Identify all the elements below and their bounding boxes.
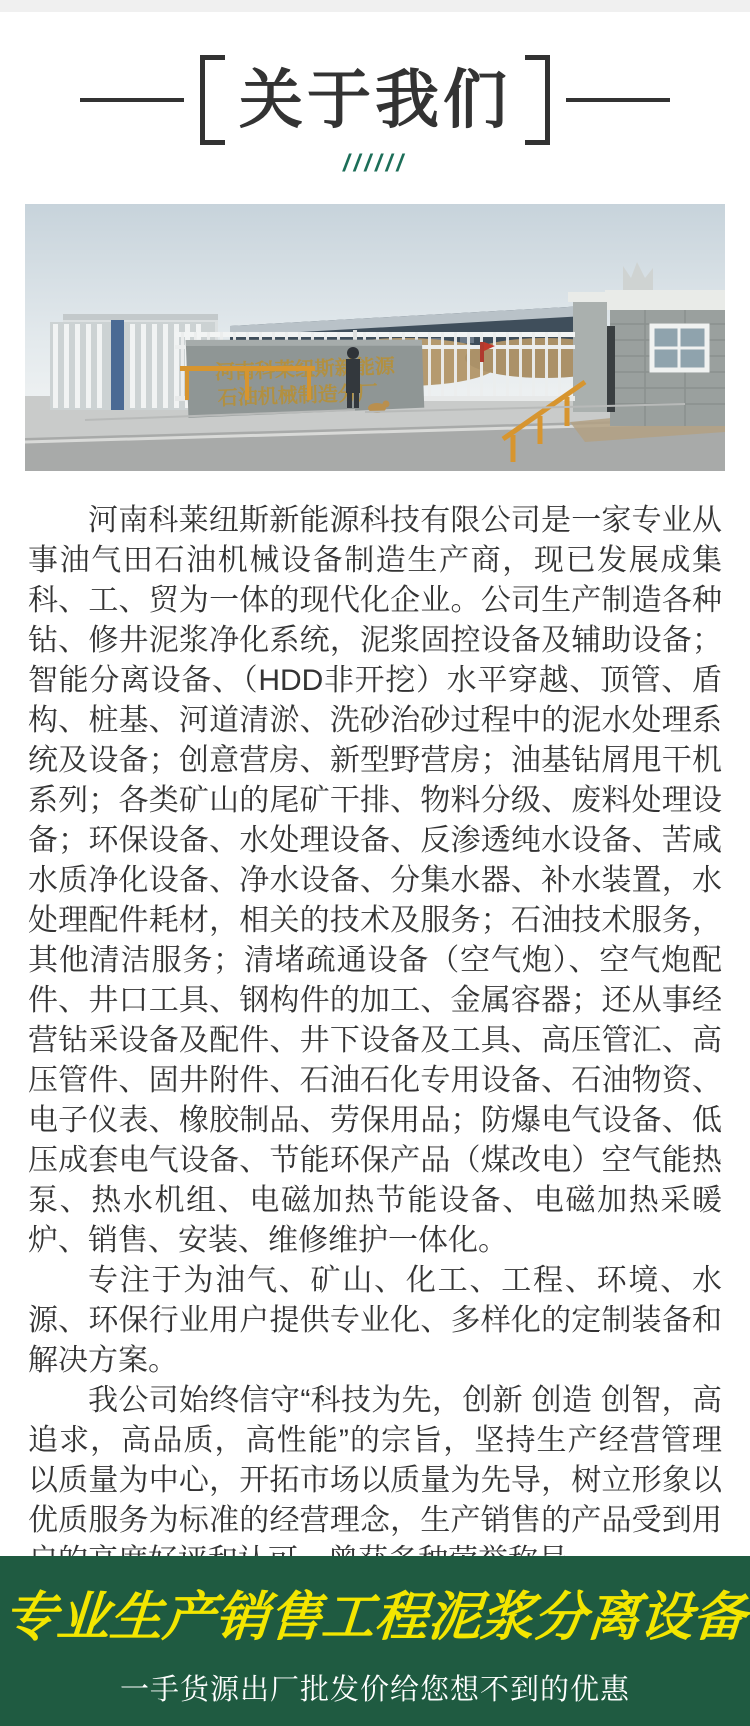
title-right-dash [566,98,670,102]
red-flag-pole [480,342,484,362]
top-divider-bar [0,0,750,12]
section-title-row: 关于我们 [0,54,750,146]
promo-headline: 专业生产销售工程泥浆分离设备 [1,1575,748,1651]
page-title: 关于我们 [239,54,511,146]
title-left-bracket [200,55,225,145]
about-paragraph-1: 河南科莱纽斯新能源科技有限公司是一家专业从事油气田石油机械设备制造生产商，现已发… [28,501,722,1261]
blue-fence-post [111,320,124,410]
promo-subline: 一手货源出厂批发价给您想不到的优惠 [120,1667,630,1708]
factory-scene-illustration: 河南科莱纽斯新能源 石油机械制造分厂 [25,204,725,471]
factory-gate-photo: 河南科莱纽斯新能源 石油机械制造分厂 [25,204,725,471]
background-building-roof [63,314,218,320]
gate-pillar-cap [568,292,612,302]
promo-banner: 专业生产销售工程泥浆分离设备 一手货源出厂批发价给您想不到的优惠 [0,1556,750,1726]
about-paragraph-2: 专注于为油气、矿山、化工、工程、环境、水源、环保行业用户提供专业化、多样化的定制… [28,1261,722,1381]
about-text-block: 河南科莱纽斯新能源科技有限公司是一家专业从事油气田石油机械设备制造生产商，现已发… [0,501,750,1701]
about-us-page: 关于我们 ////// [0,0,750,1726]
title-left-dash [80,98,184,102]
doorway [607,326,615,412]
gatehouse-parapet [605,290,725,310]
title-right-bracket [525,55,550,145]
about-paragraph-3: 我公司始终信守“科技为先，创新 创造 创智，高追求，高品质，高性能”的宗旨，坚持… [28,1381,722,1581]
slashes-decoration: ////// [0,150,750,180]
gate-pillar [573,300,607,412]
